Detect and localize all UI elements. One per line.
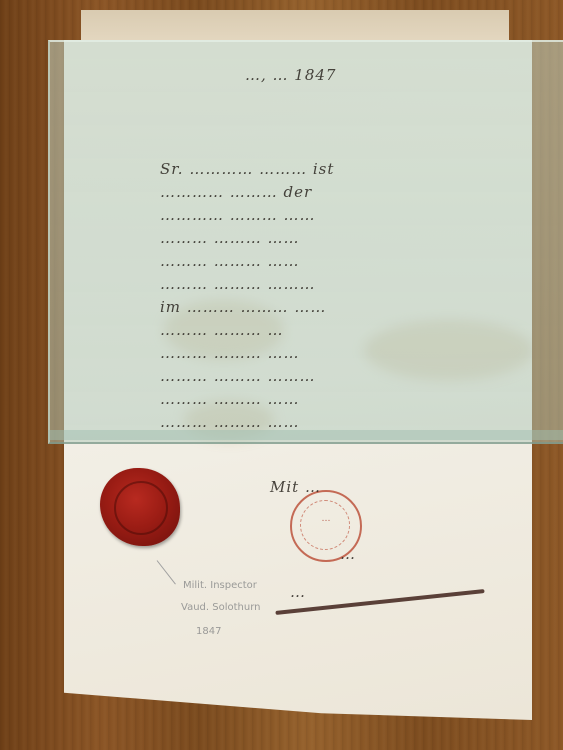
pencil-note-line: Milit. Inspector bbox=[183, 580, 257, 591]
signature-2: … bbox=[290, 583, 306, 601]
body-line: ………… ……… …… bbox=[160, 206, 316, 224]
stamp-text: … bbox=[292, 514, 360, 524]
body-line: ……… ……… …… bbox=[160, 344, 300, 362]
seal-emblem bbox=[114, 481, 168, 535]
body-line: ……… ……… …… bbox=[160, 413, 300, 431]
body-line: ……… ……… … bbox=[160, 321, 284, 339]
pencil-note-line: 1847 bbox=[196, 626, 221, 637]
pencil-note-line: Vaud. Solothurn bbox=[181, 602, 260, 613]
glass-edge bbox=[48, 430, 563, 440]
closing: Mit … bbox=[270, 478, 321, 496]
stamp-inner-ring bbox=[300, 500, 350, 550]
signature-1: … bbox=[340, 545, 356, 563]
body-line: ……… ……… …… bbox=[160, 390, 300, 408]
body-line: ………… ……… der bbox=[160, 183, 312, 201]
dateline: …, … 1847 bbox=[245, 66, 336, 84]
body-line: ……… ……… …… bbox=[160, 252, 300, 270]
body-line: ……… ……… ……… bbox=[160, 275, 316, 293]
body-line: im ……… ……… …… bbox=[160, 298, 326, 316]
body-line: ……… ……… …… bbox=[160, 229, 300, 247]
body-line: ……… ……… ……… bbox=[160, 367, 316, 385]
body-line: Sr. ………… ……… ist bbox=[160, 160, 334, 178]
